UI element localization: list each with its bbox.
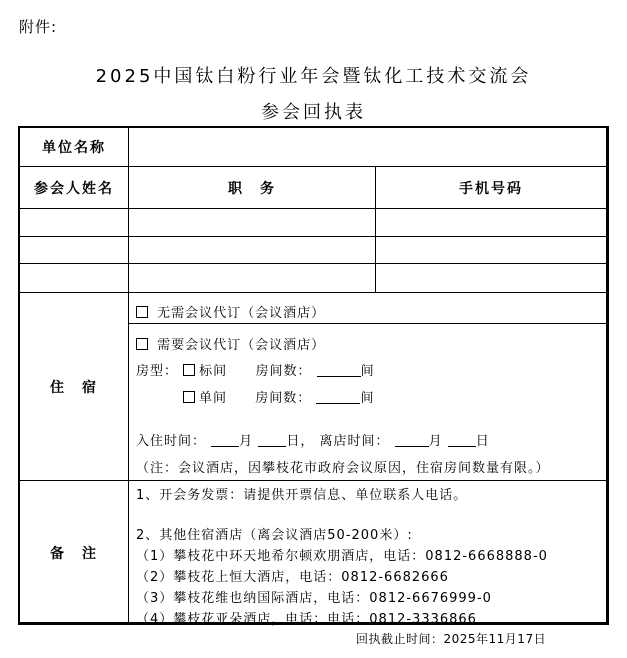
registration-form-table: 单位名称 参会人姓名 职 务 手机号码 住 宿 无需会议代订（会议酒店） 需要会… xyxy=(18,126,609,625)
option-no-booking[interactable]: 无需会议代订（会议酒店） xyxy=(136,302,325,321)
room-unit: 间 xyxy=(361,364,375,379)
attachment-label: 附件: xyxy=(19,16,57,37)
room-type-standard-line: 房型： 标间 房间数： 间 xyxy=(136,360,375,379)
room-count-label: 房间数： xyxy=(255,364,311,379)
unit-name-label: 单位名称 xyxy=(20,128,128,166)
attendee-phone-field[interactable] xyxy=(376,209,606,236)
option-booking-label: 需要会议代订（会议酒店） xyxy=(157,338,325,353)
hotel-item: （2）攀枝花上恒大酒店，电话：0812-6682666 xyxy=(136,566,449,585)
row-divider xyxy=(128,323,606,324)
attendee-phone-field[interactable] xyxy=(376,237,606,263)
checkin-day-field[interactable] xyxy=(258,434,286,447)
single-room-label: 单间 xyxy=(199,391,227,406)
document-title: 2025中国钛白粉行业年会暨钛化工技术交流会 xyxy=(0,62,627,88)
remarks-label: 备 注 xyxy=(20,481,128,624)
lodging-note: （注：会议酒店，因攀枝花市政府会议原因，住宿房间数量有限。） xyxy=(136,457,550,476)
stay-dates-line: 入住时间： 月 日， 离店时间： 月 日 xyxy=(136,430,490,449)
standard-room-count-field[interactable] xyxy=(317,364,361,377)
single-room-count-field[interactable] xyxy=(316,391,360,404)
reply-deadline: 回执截止时间：2025年11月17日 xyxy=(356,630,546,647)
attendee-name-field[interactable] xyxy=(20,264,128,292)
header-phone: 手机号码 xyxy=(376,167,606,208)
single-room-checkbox-icon[interactable] xyxy=(183,391,195,403)
attendee-phone-field[interactable] xyxy=(376,264,606,292)
checkout-day-field[interactable] xyxy=(448,434,476,447)
day-label: 日 xyxy=(476,434,490,449)
checkbox-icon[interactable] xyxy=(136,306,148,318)
document-subtitle: 参会回执表 xyxy=(0,98,627,124)
remark-other-hotels: 2、其他住宿酒店（离会议酒店50-200米）: xyxy=(136,524,413,543)
room-count-label: 房间数： xyxy=(255,391,311,406)
standard-room-label: 标间 xyxy=(199,364,227,379)
day-label: 日 xyxy=(286,434,300,449)
header-attendee-name: 参会人姓名 xyxy=(20,167,128,208)
month-label: 月 xyxy=(239,434,253,449)
checkout-label: 离店时间： xyxy=(319,434,389,449)
option-no-booking-label: 无需会议代订（会议酒店） xyxy=(157,306,325,321)
remark-invoice: 1、开会务发票：请提供开票信息、单位联系人电话。 xyxy=(136,484,467,503)
attendee-position-field[interactable] xyxy=(129,237,375,263)
attendee-position-field[interactable] xyxy=(129,209,375,236)
room-type-label: 房型： xyxy=(136,364,178,379)
standard-room-checkbox-icon[interactable] xyxy=(183,364,195,376)
separator: ， xyxy=(300,434,314,449)
room-unit: 间 xyxy=(360,391,374,406)
checkin-month-field[interactable] xyxy=(211,434,239,447)
hotel-item: （1）攀枝花中环天地希尔顿欢朋酒店，电话：0812-6668888-0 xyxy=(136,545,548,564)
checkout-month-field[interactable] xyxy=(395,434,429,447)
attendee-position-field[interactable] xyxy=(129,264,375,292)
option-booking[interactable]: 需要会议代订（会议酒店） xyxy=(136,334,325,353)
attendee-name-field[interactable] xyxy=(20,237,128,263)
header-position: 职 务 xyxy=(129,167,375,208)
lodging-label: 住 宿 xyxy=(20,293,128,480)
room-type-single-line: 单间 房间数： 间 xyxy=(183,387,374,406)
unit-name-field[interactable] xyxy=(129,128,606,166)
checkin-label: 入住时间： xyxy=(136,434,206,449)
checkbox-icon[interactable] xyxy=(136,338,148,350)
hotel-item: （3）攀枝花维也纳国际酒店，电话：0812-6676999-0 xyxy=(136,587,492,606)
hotel-item: （4）攀枝花亚朵酒店，电话：电话：0812-3336866 xyxy=(136,608,477,627)
attendee-name-field[interactable] xyxy=(20,209,128,236)
month-label: 月 xyxy=(429,434,443,449)
